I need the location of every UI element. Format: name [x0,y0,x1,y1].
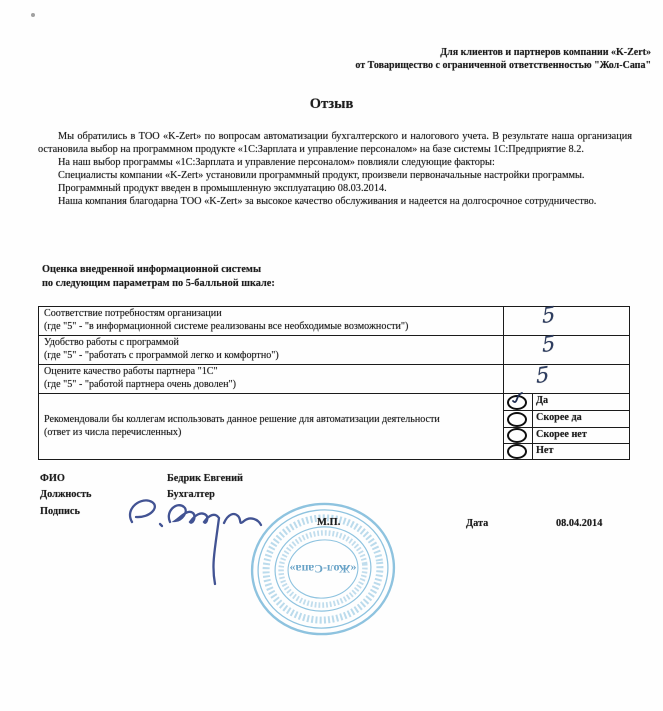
scan-speck [31,13,35,17]
signature-row: Подпись [40,506,80,517]
scanned-document-page: Для клиентов и партнеров компании «K-Zer… [0,0,663,711]
score-cell: 5 [503,307,629,335]
header-sender-line: от Товарищество с ограниченной ответстве… [171,59,651,72]
option-row-rather-yes: Скорее да [504,410,629,426]
document-header: Для клиентов и партнеров компании «K-Zer… [171,46,651,72]
fio-row: ФИО Бедрик Евгений [40,473,65,484]
date-value: 08.04.2014 [556,518,602,529]
rating-intro-line2: по следующим параметрам по 5-балльной шк… [42,277,275,291]
paragraph-intro: Мы обратились в ТОО «K-Zert» по вопросам… [38,130,632,156]
rating-intro: Оценка внедренной информационной системы… [42,263,275,290]
option-label: Да [533,394,629,410]
fio-value: Бедрик Евгений [167,473,243,484]
table-row: Удобство работы с программой (где "5" - … [39,335,629,364]
position-label: Должность [40,489,92,500]
document-title: Отзыв [0,96,663,113]
stamp-center-text: «Жол-Сапа» [290,562,357,576]
table-row-recommend: Рекомендовали бы коллегам использовать д… [39,393,629,459]
handwritten-score: 5 [542,308,556,323]
paragraph-factors: На наш выбор программы «1С:Зарплата и уп… [38,156,632,169]
table-row: Соответствие потребностям организации (г… [39,307,629,335]
rating-table: Соответствие потребностям организации (г… [38,306,630,460]
paragraph-thanks: Наша компания благодарна ТОО «K-Zert» за… [38,195,632,208]
rating-intro-line1: Оценка внедренной информационной системы [42,263,275,277]
handwritten-score: 5 [536,368,550,383]
radio-cell [504,444,533,459]
fio-label: ФИО [40,473,65,484]
checkmark-icon [509,391,524,405]
option-row-yes: Да [504,394,629,410]
score-cell: 5 [503,336,629,364]
criterion-cell: Соответствие потребностям организации (г… [39,307,503,335]
options-cell: Да Скорее да Скорее нет [503,394,629,459]
option-label: Скорее да [533,411,629,426]
option-label: Нет [533,444,629,459]
criterion-title: Соответствие потребностям организации [44,308,498,321]
radio-cell [504,428,533,443]
paragraph-launch-date: Программный продукт введен в промышленну… [38,182,632,195]
signature-ink [122,492,282,597]
criterion-title: Удобство работы с программой [44,337,498,350]
mp-label: М.П. [317,517,340,528]
criterion-cell: Удобство работы с программой (где "5" - … [39,336,503,364]
criterion-hint: (где "5" - "работать с программой легко … [44,350,498,363]
radio-circle-icon [507,444,527,459]
document-body: Мы обратились в ТОО «K-Zert» по вопросам… [38,130,632,209]
radio-circle-icon [507,412,527,427]
criterion-title: Рекомендовали бы коллегам использовать д… [44,414,498,427]
criterion-hint: (где "5" - "в информационной системе реа… [44,321,498,334]
criterion-hint: (ответ из числа перечисленных) [44,427,498,440]
position-row: Должность Бухгалтер [40,489,92,500]
radio-cell [504,394,533,410]
radio-circle-icon [507,428,527,443]
criterion-cell: Оцените качество работы партнера "1С" (г… [39,365,503,393]
option-label: Скорее нет [533,428,629,443]
signature-label: Подпись [40,506,80,517]
criterion-cell: Рекомендовали бы коллегам использовать д… [39,394,503,459]
date-label: Дата [466,518,488,529]
criterion-hint: (где "5" - "работой партнера очень довол… [44,379,498,392]
criterion-title: Оцените качество работы партнера "1С" [44,366,498,379]
score-cell: 5 [503,365,629,393]
radio-cell [504,411,533,426]
handwritten-score: 5 [542,337,556,352]
paragraph-specialists: Специалисты компании «K-Zert» установили… [38,169,632,182]
header-recipient-line: Для клиентов и партнеров компании «K-Zer… [171,46,651,59]
option-row-rather-no: Скорее нет [504,427,629,443]
table-row: Оцените качество работы партнера "1С" (г… [39,364,629,393]
option-row-no: Нет [504,443,629,459]
